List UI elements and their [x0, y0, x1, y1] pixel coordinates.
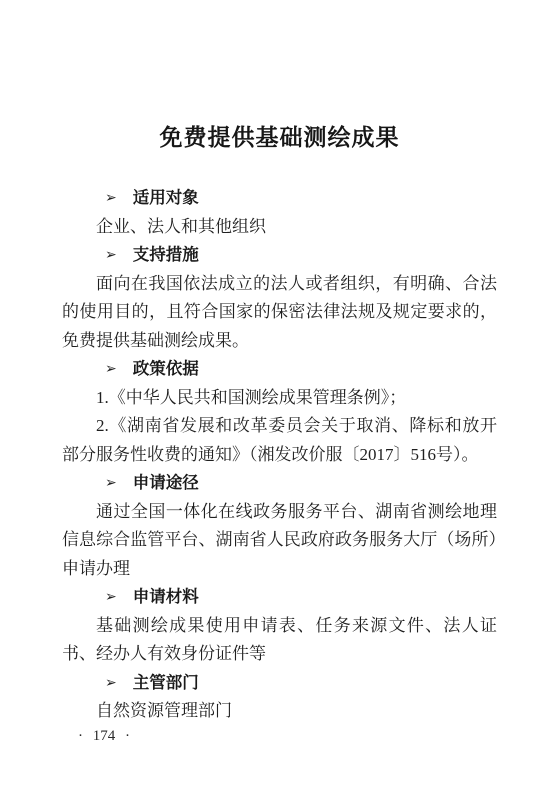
section-heading-support-measures: ➢ 支持措施	[62, 241, 497, 270]
paragraph: 基础测绘成果使用申请表、任务来源文件、法人证书、经办人有效身份证件等	[62, 612, 497, 669]
page-title: 免费提供基础测绘成果	[0, 0, 559, 154]
paragraph: 2.《湖南省发展和改革委员会关于取消、降标和放开部分服务性收费的通知》（湘发改价…	[62, 412, 497, 469]
section-heading-label: 适用对象	[133, 184, 199, 213]
arrow-bullet-icon: ➢	[105, 668, 117, 697]
paragraph: 企业、法人和其他组织	[62, 213, 497, 242]
section-heading-label: 支持措施	[133, 241, 199, 270]
section-heading-label: 主管部门	[133, 669, 199, 698]
paragraph: 自然资源管理部门	[62, 697, 497, 726]
section-heading-application-channel: ➢ 申请途径	[62, 469, 497, 498]
arrow-bullet-icon: ➢	[105, 468, 117, 497]
document-page: 免费提供基础测绘成果 ➢ 适用对象 企业、法人和其他组织 ➢ 支持措施 面向在我…	[0, 0, 559, 793]
section-heading-label: 申请途径	[133, 469, 199, 498]
paragraph: 通过全国一体化在线政务服务平台、湖南省测绘地理信息综合监管平台、湖南省人民政府政…	[62, 498, 497, 584]
page-number: · 174 ·	[78, 726, 130, 746]
section-heading-competent-department: ➢ 主管部门	[62, 669, 497, 698]
section-heading-label: 申请材料	[133, 583, 199, 612]
section-heading-policy-basis: ➢ 政策依据	[62, 355, 497, 384]
section-heading-applicable-objects: ➢ 适用对象	[62, 184, 497, 213]
paragraph: 面向在我国依法成立的法人或者组织，有明确、合法的使用目的，且符合国家的保密法律法…	[62, 270, 497, 356]
paragraph: 1.《中华人民共和国测绘成果管理条例》；	[62, 384, 497, 413]
section-heading-label: 政策依据	[133, 355, 199, 384]
document-content: ➢ 适用对象 企业、法人和其他组织 ➢ 支持措施 面向在我国依法成立的法人或者组…	[62, 184, 497, 726]
arrow-bullet-icon: ➢	[105, 354, 117, 383]
arrow-bullet-icon: ➢	[105, 582, 117, 611]
arrow-bullet-icon: ➢	[105, 240, 117, 269]
arrow-bullet-icon: ➢	[105, 183, 117, 212]
section-heading-application-materials: ➢ 申请材料	[62, 583, 497, 612]
